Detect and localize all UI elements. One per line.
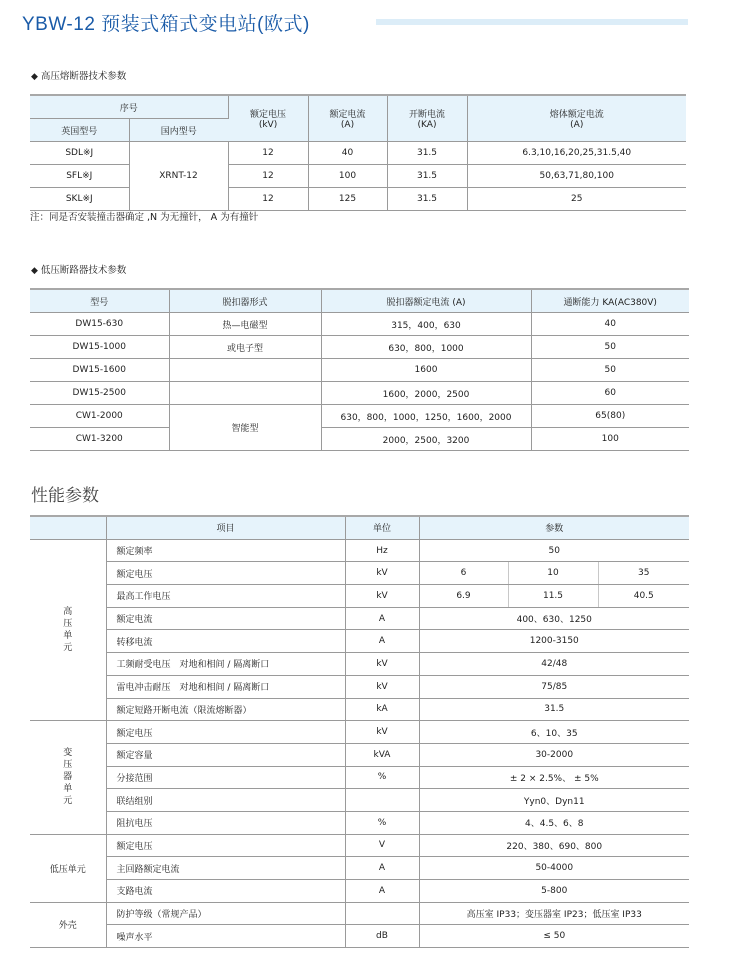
cell-value: 4、4.5、6、8 — [419, 811, 689, 834]
cell-value: 50 — [419, 539, 689, 562]
fuse-note: 注：同是否安装撞击器确定 ,N 为无撞针， A 为有撞针 — [30, 209, 258, 223]
cell-item: 额定电压 — [106, 721, 345, 744]
cell-unit: A — [345, 607, 419, 630]
cell-type: 热—电磁型 — [169, 313, 321, 336]
cell-fuse: 25 — [467, 188, 686, 211]
cell-model: DW15-630 — [30, 313, 169, 336]
cell-fuse: 50,63,71,80,100 — [467, 165, 686, 188]
cell-item: 防护等级（常规产品） — [106, 902, 345, 925]
cell-fuse: 6.3,10,16,20,25,31.5,40 — [467, 142, 686, 165]
cell-value: 6、10、35 — [419, 721, 689, 744]
header-breaking-capacity: 通断能力 KA(AC380V) — [531, 289, 689, 313]
cell-unit: % — [345, 811, 419, 834]
cell-model: CW1-3200 — [30, 428, 169, 451]
header-fuse-rated-current: 熔体额定电流(A) — [467, 95, 686, 142]
cell-current: 315，400，630 — [321, 313, 531, 336]
cell-unit: kVA — [345, 743, 419, 766]
cell-current: 630，800，1000 — [321, 336, 531, 359]
header-unit: 单位 — [345, 516, 419, 539]
header-item: 项目 — [106, 516, 345, 539]
cell-capacity: 50 — [531, 336, 689, 359]
cell-value: 6 — [419, 562, 508, 585]
table-row: DW15-1000 或电子型 630，800，1000 50 — [30, 336, 689, 359]
table-row: 分接范围 % ± 2 × 2.5%、 ± 5% — [30, 766, 689, 789]
table-row: 变 压 器 单 元 额定电压 kV 6、10、35 — [30, 721, 689, 744]
cell-value: ≤ 50 — [419, 925, 689, 948]
cell-item: 分接范围 — [106, 766, 345, 789]
cell-voltage: 12 — [228, 165, 308, 188]
title-decoration-bar — [376, 19, 688, 25]
cell-value: 50-4000 — [419, 857, 689, 880]
fuse-spec-table: 序号 额定电压(kV) 额定电流(A) 开断电流(KA) 熔体额定电流(A) 英… — [30, 94, 686, 211]
group-transformer: 变 压 器 单 元 — [30, 721, 106, 834]
cell-cn-model: XRNT-12 — [129, 142, 228, 211]
cell-value: 400、630、1250 — [419, 607, 689, 630]
cell-item: 额定电压 — [106, 834, 345, 857]
cell-item: 主回路额定电流 — [106, 857, 345, 880]
cell-type: 或电子型 — [169, 336, 321, 359]
cell-capacity: 40 — [531, 313, 689, 336]
cell-unit: A — [345, 880, 419, 903]
cell-current: 1600，2000，2500 — [321, 382, 531, 405]
table-row: 噪声水平 dB ≤ 50 — [30, 925, 689, 948]
cell-item: 额定电流 — [106, 607, 345, 630]
header-uk-model: 英国型号 — [30, 119, 129, 142]
fuse-section-heading: ◆高压熔断器技术参数 — [31, 68, 126, 82]
cell-value: 高压室 IP33；变压器室 IP23；低压室 IP33 — [419, 902, 689, 925]
cell-value: 10 — [508, 562, 598, 585]
cell-capacity: 100 — [531, 428, 689, 451]
performance-table: 项目 单位 参数 高 压 单 元 额定频率 Hz 50 额定电压 kV 6 10… — [30, 515, 689, 948]
cell-item: 转移电流 — [106, 630, 345, 653]
cell-capacity: 60 — [531, 382, 689, 405]
breaker-section-heading: ◆低压断路器技术参数 — [31, 262, 126, 276]
cell-type: 智能型 — [169, 405, 321, 451]
header-cn-model: 国内型号 — [129, 119, 228, 142]
cell-uk-model: SDL※J — [30, 142, 129, 165]
cell-unit — [345, 789, 419, 812]
cell-value: 35 — [598, 562, 689, 585]
cell-value: 31.5 — [419, 698, 689, 721]
cell-current: 2000，2500，3200 — [321, 428, 531, 451]
diamond-bullet-icon: ◆ — [31, 72, 38, 82]
cell-breaking: 31.5 — [387, 188, 467, 211]
cell-model: DW15-1600 — [30, 359, 169, 382]
header-model: 型号 — [30, 289, 169, 313]
cell-unit: dB — [345, 925, 419, 948]
group-lv: 低压单元 — [30, 834, 106, 902]
cell-value: 5-800 — [419, 880, 689, 903]
cell-value: 42/48 — [419, 653, 689, 676]
cell-unit: Hz — [345, 539, 419, 562]
table-row: 额定短路开断电流（限流熔断器） kA 31.5 — [30, 698, 689, 721]
header-serial: 序号 — [30, 95, 228, 119]
cell-current: 40 — [308, 142, 387, 165]
header-breaking-current: 开断电流(KA) — [387, 95, 467, 142]
cell-value: 6.9 — [419, 585, 508, 608]
header-release-type: 脱扣器形式 — [169, 289, 321, 313]
table-row: DW15-630 热—电磁型 315，400，630 40 — [30, 313, 689, 336]
header-group — [30, 516, 106, 539]
header-release-current: 脱扣器额定电流 (A) — [321, 289, 531, 313]
breaker-spec-table: 型号 脱扣器形式 脱扣器额定电流 (A) 通断能力 KA(AC380V) DW1… — [30, 288, 689, 451]
header-params: 参数 — [419, 516, 689, 539]
table-row: 阻抗电压 % 4、4.5、6、8 — [30, 811, 689, 834]
cell-item: 额定容量 — [106, 743, 345, 766]
diamond-bullet-icon: ◆ — [31, 266, 38, 276]
group-hv: 高 压 单 元 — [30, 539, 106, 721]
breaker-heading-text: 低压断路器技术参数 — [41, 265, 127, 276]
cell-unit: kV — [345, 585, 419, 608]
table-row: CW1-3200 2000，2500，3200 100 — [30, 428, 689, 451]
cell-unit: A — [345, 857, 419, 880]
table-row: 雷电冲击耐压 对地和相间 / 隔离断口 kV 75/85 — [30, 675, 689, 698]
cell-current: 125 — [308, 188, 387, 211]
cell-type — [169, 382, 321, 405]
cell-voltage: 12 — [228, 188, 308, 211]
table-row: 转移电流 A 1200-3150 — [30, 630, 689, 653]
table-row: 支路电流 A 5-800 — [30, 880, 689, 903]
table-row: 外壳 防护等级（常规产品） 高压室 IP33；变压器室 IP23；低压室 IP3… — [30, 902, 689, 925]
cell-model: CW1-2000 — [30, 405, 169, 428]
cell-model: DW15-1000 — [30, 336, 169, 359]
cell-unit: kV — [345, 653, 419, 676]
cell-uk-model: SFL※J — [30, 165, 129, 188]
cell-unit: % — [345, 766, 419, 789]
cell-uk-model: SKL※J — [30, 188, 129, 211]
cell-value: ± 2 × 2.5%、 ± 5% — [419, 766, 689, 789]
cell-value: 30-2000 — [419, 743, 689, 766]
cell-unit: kV — [345, 675, 419, 698]
table-row: CW1-2000 智能型 630，800，1000，1250，1600，2000… — [30, 405, 689, 428]
cell-current: 1600 — [321, 359, 531, 382]
header-rated-voltage: 额定电压(kV) — [228, 95, 308, 142]
cell-unit: kV — [345, 562, 419, 585]
table-row: SDL※J XRNT-12 12 40 31.5 6.3,10,16,20,25… — [30, 142, 686, 165]
cell-model: DW15-2500 — [30, 382, 169, 405]
cell-breaking: 31.5 — [387, 165, 467, 188]
table-row: 额定容量 kVA 30-2000 — [30, 743, 689, 766]
cell-value: 75/85 — [419, 675, 689, 698]
cell-unit: kA — [345, 698, 419, 721]
cell-value: 220、380、690、800 — [419, 834, 689, 857]
cell-item: 最高工作电压 — [106, 585, 345, 608]
table-row: SKL※J 12 125 31.5 25 — [30, 188, 686, 211]
cell-value: Yyn0、Dyn11 — [419, 789, 689, 812]
header-rated-current: 额定电流(A) — [308, 95, 387, 142]
table-row: 主回路额定电流 A 50-4000 — [30, 857, 689, 880]
title-row: YBW-12 预装式箱式变电站(欧式) — [22, 9, 310, 36]
cell-item: 工频耐受电压 对地和相间 / 隔离断口 — [106, 653, 345, 676]
cell-item: 联结组别 — [106, 789, 345, 812]
table-row: 工频耐受电压 对地和相间 / 隔离断口 kV 42/48 — [30, 653, 689, 676]
cell-item: 额定电压 — [106, 562, 345, 585]
group-shell: 外壳 — [30, 902, 106, 947]
cell-item: 支路电流 — [106, 880, 345, 903]
cell-capacity: 65(80) — [531, 405, 689, 428]
table-row: 高 压 单 元 额定频率 Hz 50 — [30, 539, 689, 562]
cell-item: 噪声水平 — [106, 925, 345, 948]
fuse-heading-text: 高压熔断器技术参数 — [41, 71, 127, 82]
cell-current: 630，800，1000，1250，1600，2000 — [321, 405, 531, 428]
cell-current: 100 — [308, 165, 387, 188]
cell-value: 40.5 — [598, 585, 689, 608]
cell-item: 额定短路开断电流（限流熔断器） — [106, 698, 345, 721]
cell-item: 额定频率 — [106, 539, 345, 562]
table-row: DW15-2500 1600，2000，2500 60 — [30, 382, 689, 405]
cell-capacity: 50 — [531, 359, 689, 382]
cell-voltage: 12 — [228, 142, 308, 165]
cell-value: 11.5 — [508, 585, 598, 608]
table-row: 联结组别 Yyn0、Dyn11 — [30, 789, 689, 812]
cell-unit: V — [345, 834, 419, 857]
cell-item: 阻抗电压 — [106, 811, 345, 834]
table-row: 最高工作电压 kV 6.9 11.5 40.5 — [30, 585, 689, 608]
cell-unit — [345, 902, 419, 925]
table-row: SFL※J 12 100 31.5 50,63,71,80,100 — [30, 165, 686, 188]
cell-unit: kV — [345, 721, 419, 744]
performance-heading: 性能参数 — [31, 481, 99, 506]
table-row: 额定电流 A 400、630、1250 — [30, 607, 689, 630]
cell-value: 1200-3150 — [419, 630, 689, 653]
cell-type — [169, 359, 321, 382]
cell-breaking: 31.5 — [387, 142, 467, 165]
table-row: DW15-1600 1600 50 — [30, 359, 689, 382]
cell-item: 雷电冲击耐压 对地和相间 / 隔离断口 — [106, 675, 345, 698]
table-row: 额定电压 kV 6 10 35 — [30, 562, 689, 585]
table-row: 低压单元 额定电压 V 220、380、690、800 — [30, 834, 689, 857]
cell-unit: A — [345, 630, 419, 653]
page-title: YBW-12 预装式箱式变电站(欧式) — [22, 9, 310, 36]
